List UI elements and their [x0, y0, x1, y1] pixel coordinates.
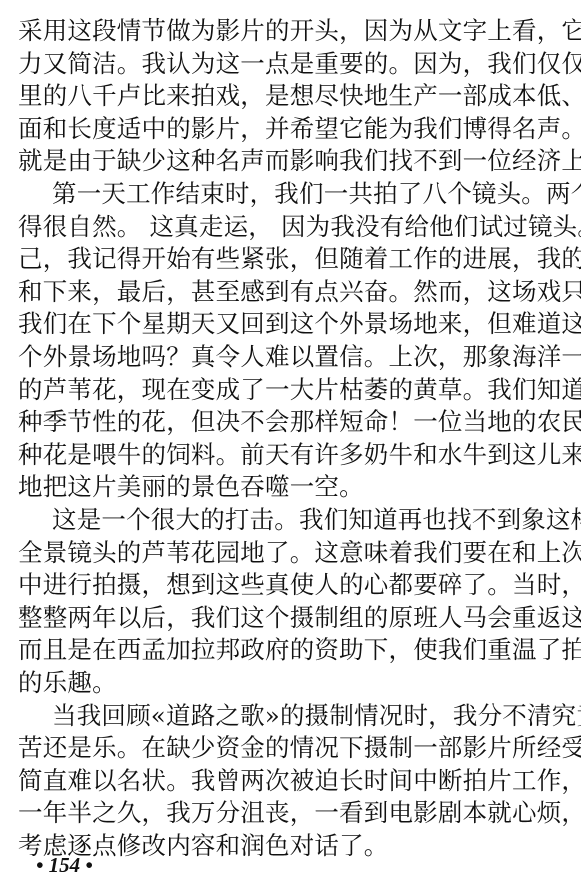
text-line: 简直难以名状。我曾两次被迫长时间中断拍片工作，无所作为达	[18, 766, 563, 796]
text-line: 的芦苇花，现在变成了一大片枯萎的黄草。我们知道芦苇花是一	[18, 375, 563, 405]
text-line: 己，我记得开始有些紧张，但随着工作的进展，我的紧张心情缓	[18, 244, 563, 274]
text-line: 考虑逐点修改内容和润色对话了。	[18, 831, 563, 861]
page-number: • 154 •	[36, 853, 93, 878]
text-line: 得很自然。 这真走运， 因为我没有给他们试过镜头。 至于我自	[18, 212, 563, 242]
text-line: 中进行拍摄，想到这些真使人的心都要碎了。当时，谁能料到在	[18, 570, 563, 600]
text-line: 而且是在西孟加拉邦政府的资助下，使我们重温了拍摄整个场面	[18, 635, 563, 665]
paragraph-first-line: 第一天工作结束时，我们一共拍了八个镜头。两个孩子表现	[52, 179, 563, 209]
text-line: 全景镜头的芦苇花园地了。这意味着我们要在和上次不同的背景	[18, 538, 563, 568]
text-line: 种季节性的花，但决不会那样短命！一位当地的农民解释说，这	[18, 407, 563, 437]
paragraph-first-line: 这是一个很大的打击。我们知道再也找不到象这样一块可拍	[52, 505, 563, 535]
text-line: 一年半之久，我万分沮丧，一看到电影剧本就心烦，更不要说去	[18, 798, 563, 828]
text-line: 力又简洁。我认为这一点是重要的。因为，我们仅仅靠存在银行	[18, 49, 563, 79]
text-line: 整整两年以后，我们这个摄制组的原班人马会重返这外景地点？	[18, 603, 563, 633]
text-line: 个外景场地吗？真令人难以置信。上次，那象海洋一样蓬松洁白	[18, 342, 563, 372]
text-line: 和下来，最后，甚至感到有点兴奋。然而，这场戏只拍了一半。	[18, 277, 563, 307]
text-line: 苦还是乐。在缺少资金的情况下摄制一部影片所经受的种种折磨	[18, 733, 563, 763]
book-page: 采用这段情节做为影片的开头，因为从文字上看，它显得既有感染 力又简洁。我认为这一…	[0, 0, 581, 890]
text-line: 面和长度适中的影片，并希望它能为我们博得名声。直到现在，	[18, 114, 563, 144]
text-line: 里的八千卢比来拍戏，是想尽快地生产一部成本低、不太讲究场	[18, 81, 563, 111]
text-line: 就是由于缺少这种名声而影响我们找不到一位经济上的支持者。	[18, 146, 563, 176]
text-line: 采用这段情节做为影片的开头，因为从文字上看，它显得既有感染	[18, 16, 563, 46]
paragraph-first-line: 当我回顾«道路之歌»的摄制情况时，我分不清究竟它对我是	[52, 701, 563, 731]
text-line: 我们在下个星期天又回到这个外景场地来，但难道这是原来的那	[18, 309, 563, 339]
text-line: 的乐趣。	[18, 668, 563, 698]
text-line: 地把这片美丽的景色吞噬一空。	[18, 472, 563, 502]
text-line: 种花是喂牛的饲料。前天有许多奶牛和水牛到这儿来吃草，飞快	[18, 440, 563, 470]
